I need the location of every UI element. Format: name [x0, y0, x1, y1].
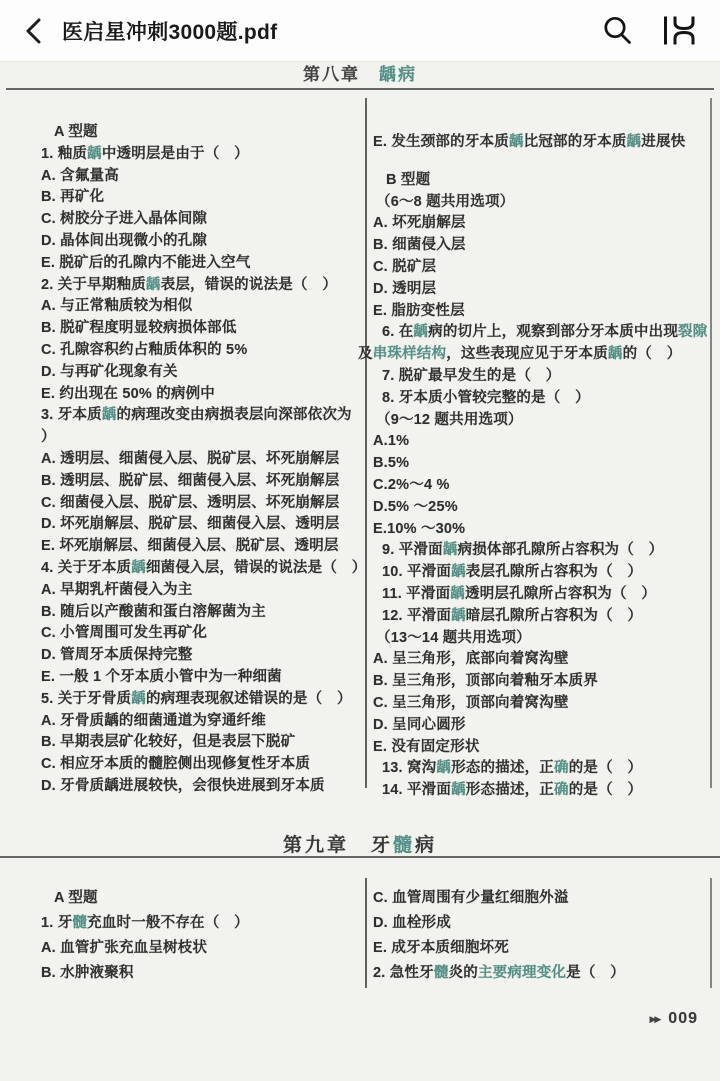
app-header: 医启星冲刺3000题.pdf — [0, 0, 720, 62]
text-line: D. 透明层 — [373, 279, 713, 301]
text-line: C. 树胶分子进入晶体间隙 — [41, 209, 363, 231]
text-line: C. 孔隙容积约占釉质体积的 5% — [41, 340, 363, 362]
text-line: E.10% ～30% — [373, 519, 713, 541]
text-line: 12. 平滑面龋暗层孔隙所占容积为（ ） — [373, 606, 713, 628]
chapter-9-column-divider — [365, 878, 367, 988]
chapter-8-column-divider — [365, 98, 367, 788]
text-line: 1. 釉质龋中透明层是由于（ ） — [41, 144, 363, 166]
chapter-8-right-column: E. 发生颈部的牙本质龋比冠部的牙本质龋进展快B 型题（6～8 题共用选项）A.… — [373, 132, 713, 802]
text-line: 4. 关于牙本质龋细菌侵入层，错误的说法是（ ） — [41, 558, 363, 580]
text-line: 11. 平滑面龋透明层孔隙所占容积为（ ） — [373, 584, 713, 606]
chapter-8-left-column: A 型题1. 釉质龋中透明层是由于（ ）A. 含氟量高B. 再矿化C. 树胶分子… — [41, 122, 363, 798]
text-line: （6～8 题共用选项） — [373, 192, 713, 214]
pdf-reader-app: 医启星冲刺3000题.pdf 第八章 龋病 A 型题1. 釉质龋中透 — [0, 0, 720, 1081]
back-chevron-icon — [23, 17, 43, 45]
text-line: B. 呈三角形，顶部向着釉牙本质界 — [373, 671, 713, 693]
text-line: B. 早期表层矿化较好，但是表层下脱矿 — [41, 732, 363, 754]
text-line: E. 坏死崩解层、细菌侵入层、脱矿层、透明层 — [41, 536, 363, 558]
fast-forward-icon: ▶▶ — [649, 1014, 659, 1025]
text-line: B. 水肿液聚积 — [41, 961, 363, 986]
text-line: A. 与正常釉质较为相似 — [41, 296, 363, 318]
text-line: C. 呈三角形，顶部向着窝沟壁 — [373, 693, 713, 715]
text-line: 5. 关于牙骨质龋的病理表现叙述错误的是（ ） — [41, 689, 363, 711]
document-title: 医启星冲刺3000题.pdf — [62, 16, 598, 46]
text-line: 10. 平滑面龋表层孔隙所占容积为（ ） — [373, 562, 713, 584]
chapter-8-rule — [6, 88, 714, 90]
pdf-page-view[interactable]: 第八章 龋病 A 型题1. 釉质龋中透明层是由于（ ）A. 含氟量高B. 再矿化… — [0, 62, 720, 1081]
text-line: B.5% — [373, 453, 713, 475]
text-line: 8. 牙本质小管较完整的是（ ） — [373, 388, 713, 410]
text-line: 2. 关于早期釉质龋表层，错误的说法是（ ） — [41, 275, 363, 297]
text-line: C. 小管周围可发生再矿化 — [41, 623, 363, 645]
text-line: D. 坏死崩解层、脱矿层、细菌侵入层、透明层 — [41, 514, 363, 536]
chapter-9-right-column: C. 血管周围有少量红细胞外溢D. 血栓形成E. 成牙本质细胞坏死2. 急性牙髓… — [373, 886, 713, 986]
text-line: ） — [41, 427, 363, 449]
text-line: A.1% — [373, 431, 713, 453]
text-line: D. 与再矿化现象有关 — [41, 362, 363, 384]
text-line: A. 早期乳杆菌侵入为主 — [41, 580, 363, 602]
text-line: B. 脱矿程度明显较病损体部低 — [41, 318, 363, 340]
text-line: 1. 牙髓充血时一般不存在（ ） — [41, 911, 363, 936]
page-indicator: ▶▶ 009 — [649, 1010, 698, 1028]
text-line: D. 呈同心圆形 — [373, 715, 713, 737]
text-line: D. 牙骨质龋进展较快，会很快进展到牙本质 — [41, 776, 363, 798]
text-line: A. 呈三角形，底部向着窝沟壁 — [373, 649, 713, 671]
chapter-8-heading: 第八章 龋病 — [0, 60, 720, 85]
text-line: A 型题 — [41, 122, 363, 144]
text-line: C. 脱矿层 — [373, 257, 713, 279]
chapter-9-heading: 第九章 牙髓病 — [0, 830, 720, 857]
page-number: 009 — [668, 1010, 698, 1028]
back-button[interactable] — [10, 8, 56, 54]
text-line: E. 脱矿后的孔隙内不能进入空气 — [41, 253, 363, 275]
text-line: D. 血栓形成 — [373, 911, 713, 936]
text-line: A. 透明层、细菌侵入层、脱矿层、坏死崩解层 — [41, 449, 363, 471]
text-line: B. 细菌侵入层 — [373, 235, 713, 257]
text-line: B. 再矿化 — [41, 187, 363, 209]
text-line: C. 细菌侵入层、脱矿层、透明层、坏死崩解层 — [41, 493, 363, 515]
text-line: C. 血管周围有少量红细胞外溢 — [373, 886, 713, 911]
text-line: E. 脂肪变性层 — [373, 301, 713, 323]
text-line: E. 一般 1 个牙本质小管中为一种细菌 — [41, 667, 363, 689]
text-line: 2. 急性牙髓炎的主要病理变化是（ ） — [373, 961, 713, 986]
text-line: 14. 平滑面龋形态描述，正确的是（ ） — [373, 780, 713, 802]
text-line: 9. 平滑面龋病损体部孔隙所占容积为（ ） — [373, 540, 713, 562]
text-line: D. 管周牙本质保持完整 — [41, 645, 363, 667]
appbar-actions — [598, 12, 698, 50]
search-button[interactable] — [598, 12, 636, 50]
text-line: A 型题 — [41, 886, 363, 911]
text-line: 及串珠样结构，这些表现应见于牙本质龋的（ ） — [358, 344, 713, 366]
text-line: A. 血管扩张充血呈树枝状 — [41, 936, 363, 961]
text-line: 13. 窝沟龋形态的描述，正确的是（ ） — [373, 758, 713, 780]
text-line: B 型题 — [373, 170, 713, 192]
page-flip-mode-icon — [661, 15, 698, 46]
text-line: E. 发生颈部的牙本质龋比冠部的牙本质龋进展快 — [373, 132, 713, 154]
text-line: E. 没有固定形状 — [373, 737, 713, 759]
reading-mode-button[interactable] — [660, 12, 698, 50]
text-line: 7. 脱矿最早发生的是（ ） — [373, 366, 713, 388]
chapter-9-left-column: A 型题1. 牙髓充血时一般不存在（ ）A. 血管扩张充血呈树枝状B. 水肿液聚… — [41, 886, 363, 986]
text-line: （9～12 题共用选项） — [373, 410, 713, 432]
text-line: E. 成牙本质细胞坏死 — [373, 936, 713, 961]
search-icon — [602, 15, 633, 46]
text-line: C. 相应牙本质的髓腔侧出现修复性牙本质 — [41, 754, 363, 776]
text-line: E. 约出现在 50% 的病例中 — [41, 384, 363, 406]
text-line: B. 随后以产酸菌和蛋白溶解菌为主 — [41, 602, 363, 624]
chapter-9-rule — [0, 856, 720, 858]
text-line: B. 透明层、脱矿层、细菌侵入层、坏死崩解层 — [41, 471, 363, 493]
text-line: A. 牙骨质龋的细菌通道为穿通纤维 — [41, 711, 363, 733]
text-line: D.5% ～25% — [373, 497, 713, 519]
text-line: C.2%～4 % — [373, 475, 713, 497]
text-line: A. 含氟量高 — [41, 166, 363, 188]
text-line: D. 晶体间出现微小的孔隙 — [41, 231, 363, 253]
text-line: 6. 在龋病的切片上，观察到部分牙本质中出现裂隙 — [373, 322, 713, 344]
text-line: （13～14 题共用选项） — [373, 628, 713, 650]
text-line: 3. 牙本质龋的病理改变由病损表层向深部依次为 — [41, 405, 363, 427]
text-line: A. 坏死崩解层 — [373, 213, 713, 235]
